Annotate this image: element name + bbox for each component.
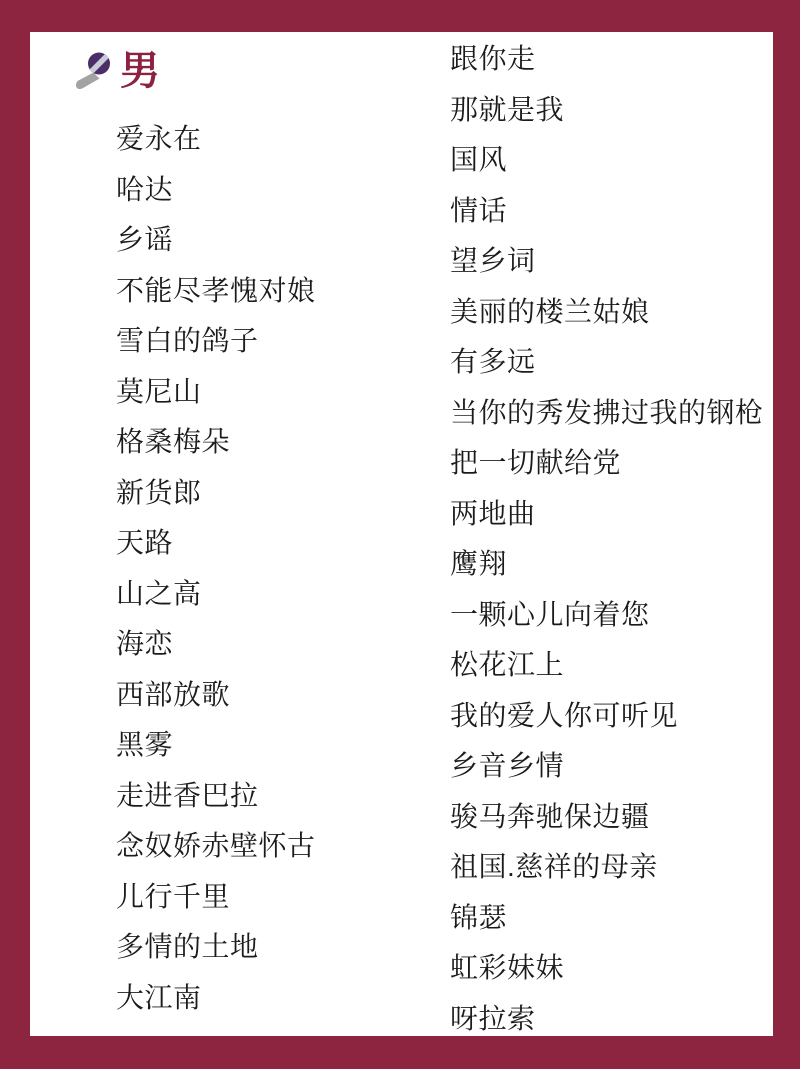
song-title: 两地曲 xyxy=(450,487,770,538)
song-title: 情话 xyxy=(450,184,770,235)
song-title: 呀拉索 xyxy=(450,992,770,1037)
poster: { "colors": { "frame": "#8E2540", "title… xyxy=(0,0,800,1069)
song-title: 国风 xyxy=(450,133,770,184)
song-title: 哈达 xyxy=(116,163,436,214)
song-title: 乡音乡情 xyxy=(450,739,770,790)
song-title: 跟你走 xyxy=(450,32,770,83)
page: 男 爱永在哈达乡谣不能尽孝愧对娘雪白的鸽子莫尼山格桑梅朵新货郎天路山之高海恋西部… xyxy=(30,32,773,1036)
song-title: 念奴娇赤壁怀古 xyxy=(116,819,436,870)
song-title: 儿行千里 xyxy=(116,870,436,921)
song-title: 一颗心儿向着您 xyxy=(450,588,770,639)
song-title: 不能尽孝愧对娘 xyxy=(116,264,436,315)
gender-title: 男 xyxy=(120,51,160,91)
song-title: 走进香巴拉 xyxy=(116,769,436,820)
song-list-left: 爱永在哈达乡谣不能尽孝愧对娘雪白的鸽子莫尼山格桑梅朵新货郎天路山之高海恋西部放歌… xyxy=(116,112,436,1021)
song-title: 西部放歌 xyxy=(116,668,436,719)
song-title: 锦瑟 xyxy=(450,891,770,942)
song-title: 爱永在 xyxy=(116,112,436,163)
song-title: 大江南 xyxy=(116,971,436,1022)
song-title: 骏马奔驰保边疆 xyxy=(450,790,770,841)
song-title: 松花江上 xyxy=(450,638,770,689)
song-title: 有多远 xyxy=(450,335,770,386)
song-title: 祖国.慈祥的母亲 xyxy=(450,840,770,891)
song-title: 雪白的鸽子 xyxy=(116,314,436,365)
microphone-icon xyxy=(72,50,114,92)
song-title: 天路 xyxy=(116,516,436,567)
song-title: 那就是我 xyxy=(450,83,770,134)
song-title: 新货郎 xyxy=(116,466,436,517)
header: 男 xyxy=(72,50,160,92)
song-title: 把一切献给党 xyxy=(450,436,770,487)
song-title: 格桑梅朵 xyxy=(116,415,436,466)
song-title: 山之高 xyxy=(116,567,436,618)
song-list-right: 跟你走那就是我国风情话望乡词美丽的楼兰姑娘有多远当你的秀发拂过我的钢枪把一切献给… xyxy=(450,32,770,1036)
song-title: 多情的土地 xyxy=(116,920,436,971)
song-title: 当你的秀发拂过我的钢枪 xyxy=(450,386,770,437)
song-title: 乡谣 xyxy=(116,213,436,264)
song-title: 黑雾 xyxy=(116,718,436,769)
song-title: 莫尼山 xyxy=(116,365,436,416)
song-title: 望乡词 xyxy=(450,234,770,285)
song-title: 鹰翔 xyxy=(450,537,770,588)
song-title: 海恋 xyxy=(116,617,436,668)
song-title: 美丽的楼兰姑娘 xyxy=(450,285,770,336)
song-title: 虹彩妹妹 xyxy=(450,941,770,992)
song-title: 我的爱人你可听见 xyxy=(450,689,770,740)
